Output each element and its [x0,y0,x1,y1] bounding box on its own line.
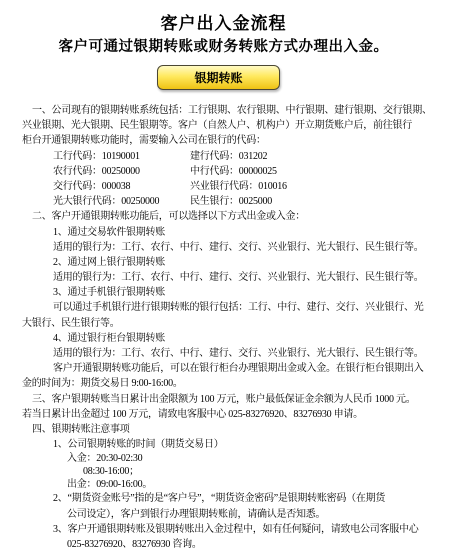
body-line: 适用的银行为：工行、农行、中行、建行、交行、兴业银行、光大银行、民生银行等。 [22,270,425,285]
bank-code-left: 交行代码：000038 [53,179,190,194]
bank-code-row: 光大银行代码：00250000民生银行：0025000 [22,194,425,209]
body-line: 3、通过手机银行银期转账 [22,285,425,300]
body-line: 金的时间为：期货交易日 9:00-16:00。 [22,376,425,391]
body-line: 兴业银期、光大银期、民生银期等。客户（自然人户、机构户）开立期货账户后，前往银行 [22,118,425,133]
bank-code-right: 兴业银行代码：010016 [190,181,287,192]
body-line: 三、客户银期转账当日累计出金限额为 100 万元，账户最低保证金余额为人民币 1… [22,392,425,407]
document-body: 一、公司现有的银期转账系统包括：工行银期、农行银期、中行银期、建行银期、交行银期… [22,103,425,552]
bank-code-left: 光大银行代码：00250000 [53,194,190,209]
body-line: 一、公司现有的银期转账系统包括：工行银期、农行银期、中行银期、建行银期、交行银期… [22,103,425,118]
body-line: 适用的银行为：工行、农行、中行、建行、交行、兴业银行、光大银行、民生银行等。 [22,240,425,255]
page-title: 客户出入金流程 [22,14,425,34]
body-line: 可以通过手机银行进行银期转账的银行包括：工行、中行、建行、交行、兴业银行、光 [22,300,425,315]
body-line: 出金：09:00-16:00。 [22,478,425,491]
bank-code-row: 工行代码：10190001建行代码：031202 [22,149,425,164]
body-line: 入金：20:30-02:30 [22,452,425,465]
body-line: 二、客户开通银期转账功能后，可以选择以下方式出金或入金： [22,209,425,224]
body-line: 公司设定），客户到银行办理银期转账前，请确认是否知悉。 [22,507,425,522]
body-line: 柜台开通银期转账功能时，需要输入公司在银行的代码： [22,133,425,148]
body-line: 3、客户开通银期转账及银期转账出入金过程中，如有任何疑问，请致电公司客服中心 [22,522,425,537]
body-line: 2、通过网上银行银期转账 [22,255,425,270]
bank-code-right: 建行代码：031202 [190,151,267,162]
body-line: 1、通过交易软件银期转账 [22,225,425,240]
bank-code-left: 工行代码：10190001 [53,149,190,164]
page-subtitle: 客户可通过银期转账或财务转账方式办理出入金。 [22,38,425,56]
bank-futures-transfer-button[interactable]: 银期转账 [157,65,280,90]
body-line: 适用的银行为：工行、农行、中行、建行、交行、兴业银行、光大银行、民生银行等。 [22,346,425,361]
body-line: 4、通过银行柜台银期转账 [22,331,425,346]
body-line: 2、“期货资金账号”指的是“客户号”，“期货资金密码”是银期转账密码（在期货 [22,491,425,506]
bank-code-row: 农行代码：00250000中行代码：00000025 [22,164,425,179]
body-line: 客户开通银期转账功能后，可以在银行柜台办理银期出金或入金。在银行柜台银期出入 [22,361,425,376]
button-row: 银期转账 [22,65,425,92]
body-line: 若当日累计出金超过 100 万元，请致电客服中心 025-83276920、83… [22,407,425,422]
bank-code-left: 农行代码：00250000 [53,164,190,179]
body-line: 大银行、民生银行等。 [22,316,425,331]
bank-code-right: 民生银行：0025000 [190,196,272,207]
body-line: 025-83276920、83276930 咨询。 [22,537,425,552]
body-line: 四、银期转账注意事项 [22,422,425,437]
body-line: 1、公司银期转账的时间（期货交易日） [22,437,425,452]
document-page: 客户出入金流程 客户可通过银期转账或财务转账方式办理出入金。 银期转账 一、公司… [0,0,469,552]
body-line: 08:30-16:00； [22,465,425,478]
bank-code-right: 中行代码：00000025 [190,166,277,177]
bank-code-row: 交行代码：000038兴业银行代码：010016 [22,179,425,194]
